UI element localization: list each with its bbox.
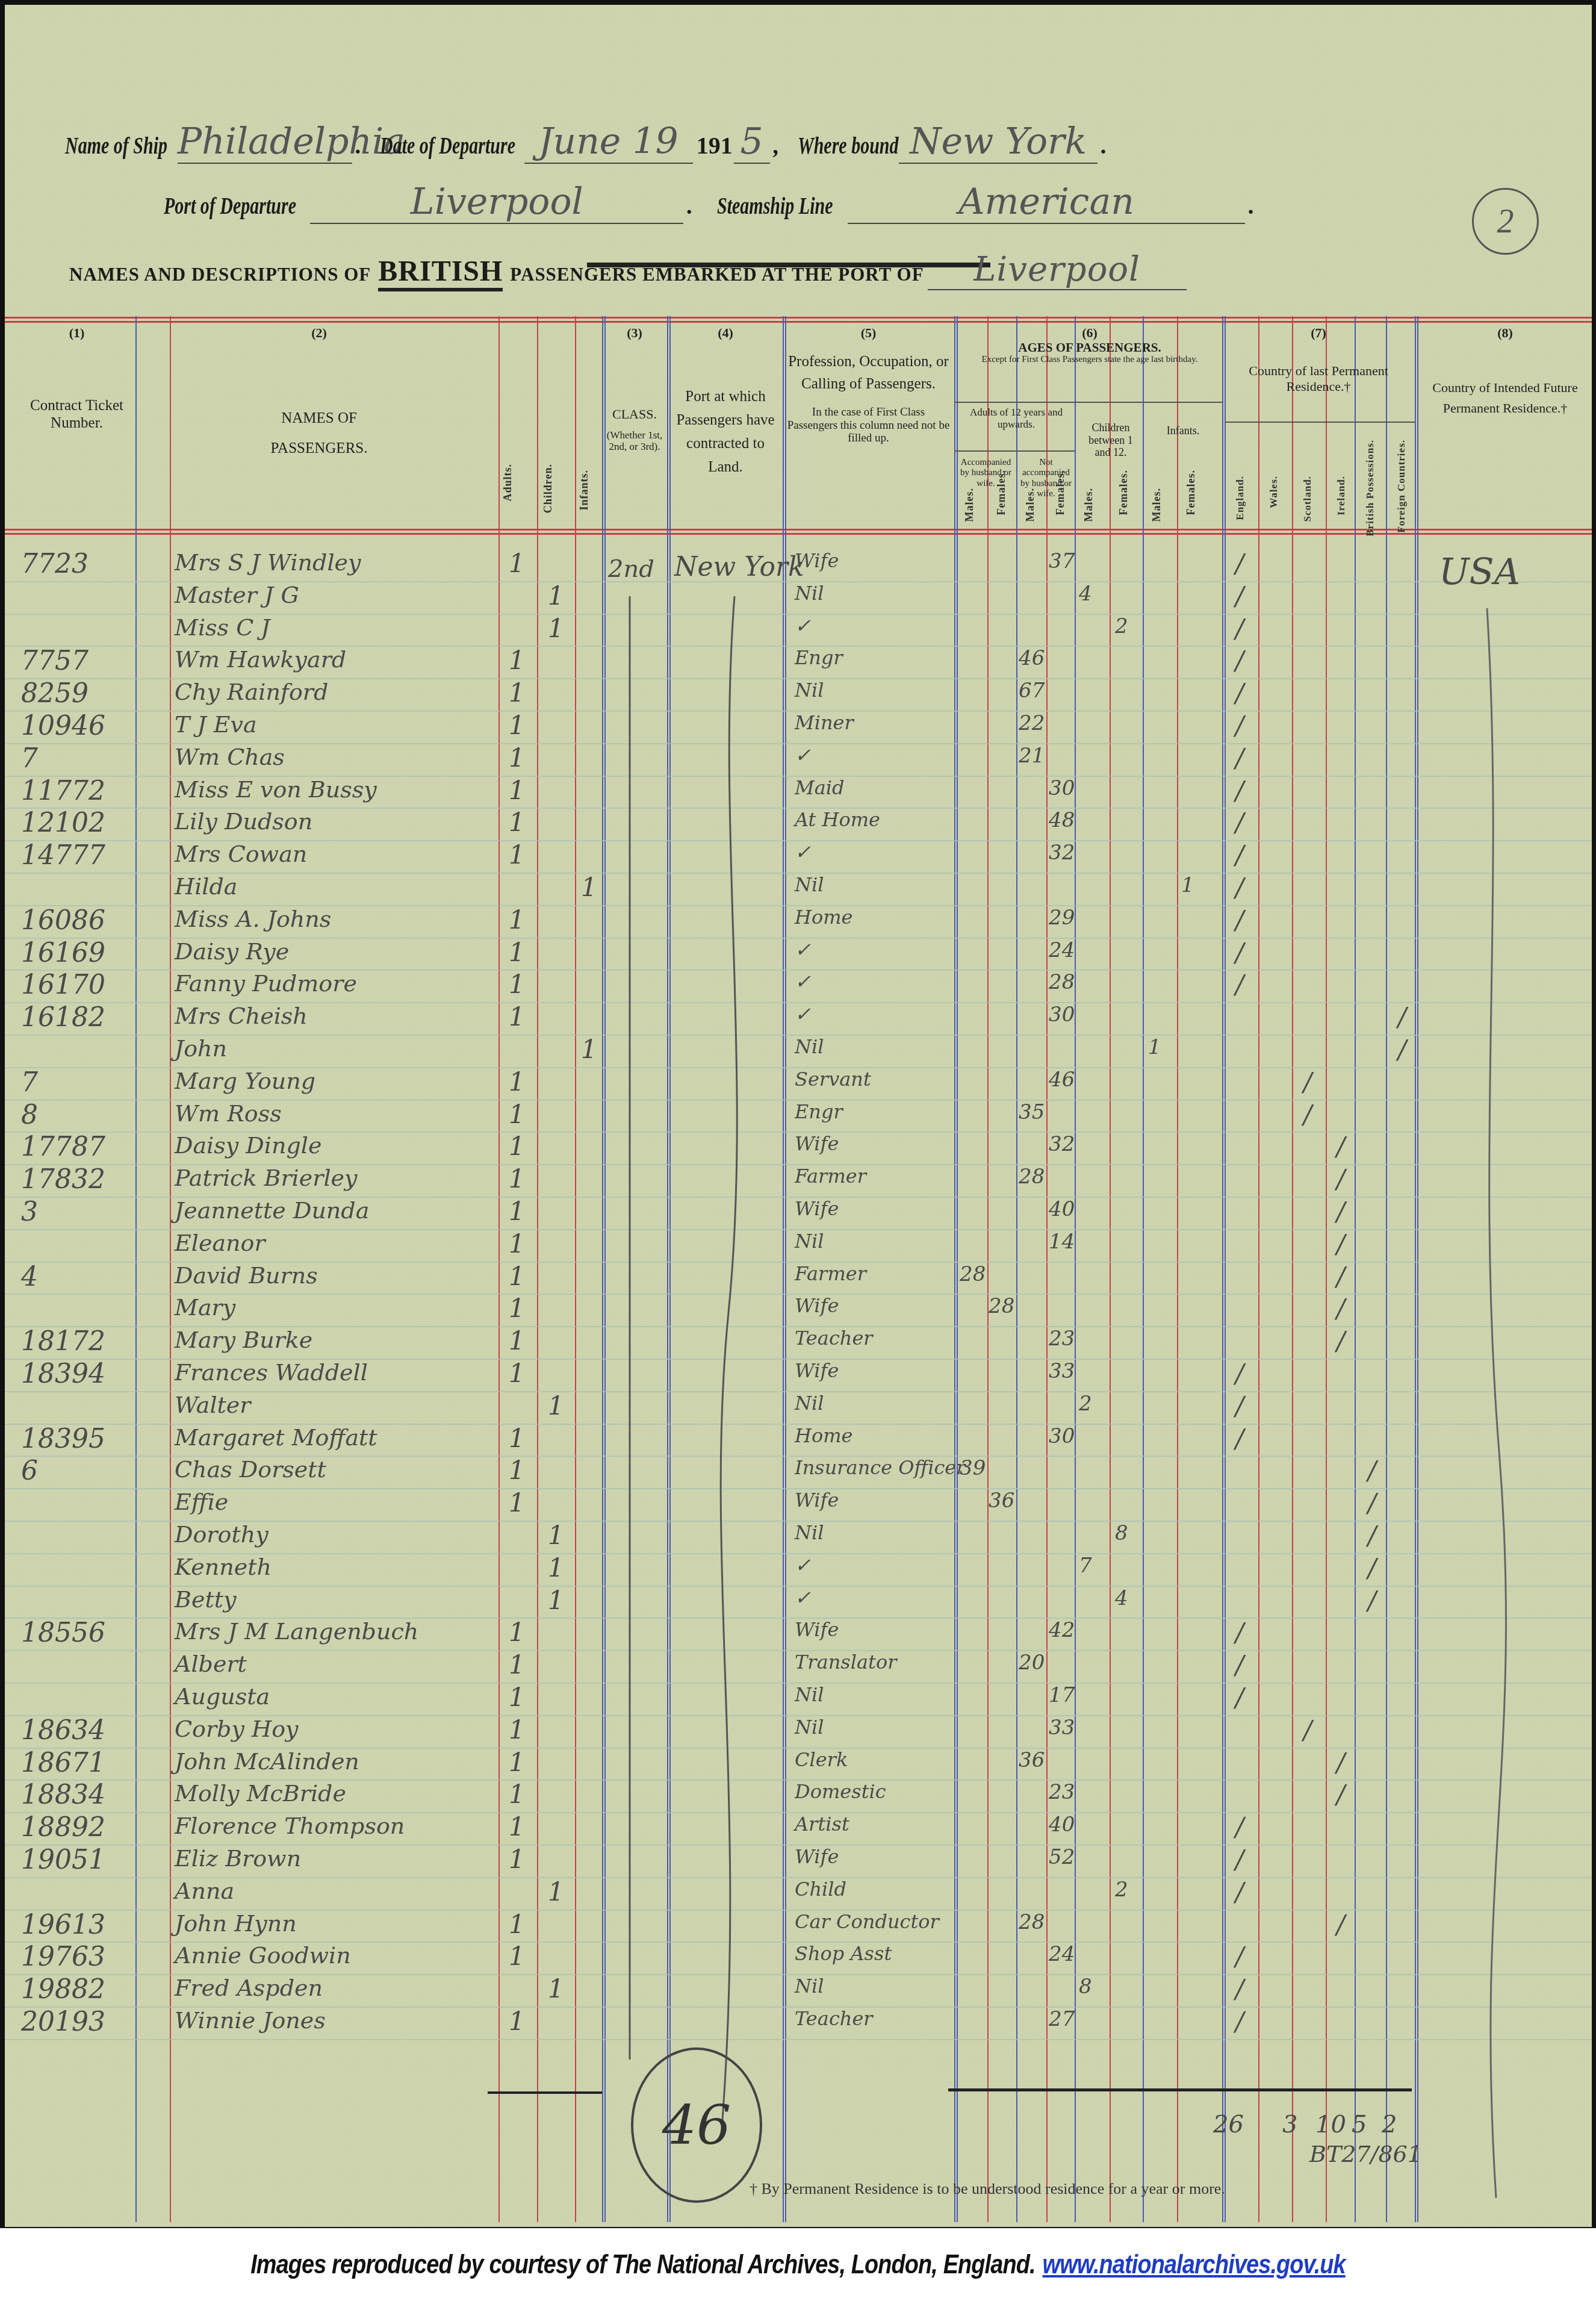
residence-mark: /: [1235, 746, 1244, 771]
bound-value: New York: [899, 120, 1098, 164]
intended-residence-value: USA: [1439, 554, 1520, 590]
adult-mark: 1: [509, 746, 525, 771]
residence-mark: /: [1368, 1458, 1376, 1483]
residence-mark: /: [1368, 1588, 1376, 1613]
year-prefix: 191: [697, 131, 733, 160]
grid-line: [957, 316, 958, 2222]
grid-line: [170, 316, 171, 2222]
ticket-number: 19051: [21, 1847, 105, 1873]
residence-mark: /: [1235, 1847, 1244, 1872]
passenger-name: Mary Burke: [175, 1328, 312, 1351]
occupation: Nil: [795, 1393, 824, 1413]
passenger-name: Corby Hoy: [175, 1717, 298, 1740]
occupation: Servant: [795, 1070, 871, 1089]
grid-line: [604, 316, 606, 2222]
occupation: Home: [795, 908, 852, 927]
females-subheader: Females.: [995, 470, 1008, 515]
adult-mark: 1: [509, 1814, 525, 1840]
ticket-number: 8259: [21, 680, 88, 707]
adult-mark: 1: [509, 940, 525, 965]
age-value: 28: [1019, 1912, 1045, 1932]
residence-mark: /: [1235, 1879, 1244, 1905]
ticket-number: 20193: [21, 2009, 105, 2035]
child-mark: 1: [548, 1976, 564, 2002]
passenger-name: Frances Waddell: [175, 1361, 368, 1384]
age-value: 46: [1019, 648, 1045, 668]
grid-line: [1143, 316, 1144, 2222]
credit-bar: Images reproduced by courtesy of The Nat…: [112, 2228, 1485, 2301]
passenger-name: Miss C J: [175, 616, 270, 639]
age-value: 46: [1049, 1070, 1075, 1090]
ticket-number: 18892: [21, 1814, 105, 1841]
residence-british-subheader: British Possessions.: [1364, 440, 1376, 537]
passenger-name: Master J G: [175, 584, 299, 606]
ticket-number: 17787: [21, 1134, 105, 1160]
occupation: ✓: [795, 616, 811, 635]
passenger-name: Jeannette Dunda: [175, 1199, 369, 1222]
grid-line: [1075, 316, 1076, 2222]
passenger-name: Chy Rainford: [175, 680, 328, 703]
adult-mark: 1: [509, 1102, 525, 1127]
age-value: 8: [1079, 1976, 1092, 1997]
total-british: 5: [1352, 2111, 1367, 2138]
residence-mark: /: [1337, 1199, 1345, 1224]
occupation: Teacher: [795, 2009, 873, 2028]
title-british: BRITISH: [378, 255, 503, 291]
passenger-name: Annie Goodwin: [175, 1944, 351, 1967]
grid-line: [575, 316, 576, 2222]
residence-mark: /: [1235, 778, 1244, 803]
occupation: ✓: [795, 972, 811, 991]
age-value: 33: [1049, 1717, 1075, 1738]
ticket-number: 3: [21, 1199, 38, 1225]
residence-mark: /: [1303, 1717, 1312, 1743]
age-value: 4: [1079, 584, 1092, 604]
age-value: 28: [1019, 1166, 1045, 1187]
passenger-name: Daisy Dingle: [175, 1134, 321, 1157]
col1-header: (1) Contract Ticket Number.: [24, 325, 129, 432]
occupation: Farmer: [795, 1264, 866, 1283]
ticket-number: 11772: [21, 778, 105, 805]
residence-mark: /: [1235, 940, 1244, 965]
occupation: ✓: [795, 1588, 811, 1607]
residence-mark: /: [1337, 1264, 1345, 1289]
adult-mark: 1: [509, 1750, 525, 1775]
age-value: 2: [1115, 616, 1128, 637]
age-value: 32: [1049, 1134, 1075, 1154]
child-mark: 1: [548, 1588, 564, 1613]
age-value: 24: [1049, 940, 1075, 961]
title-prefix: NAMES AND DESCRIPTIONS OF: [69, 264, 371, 285]
ticket-number: 6: [21, 1458, 38, 1484]
total-england: 26: [1213, 2111, 1244, 2138]
adult-mark: 1: [509, 810, 525, 835]
occupation: Nil: [795, 584, 824, 603]
residence-mark: /: [1235, 680, 1244, 706]
residence-mark: /: [1368, 1490, 1376, 1516]
passenger-name: Anna: [175, 1879, 234, 1902]
passenger-name: Winnie Jones: [175, 2009, 326, 2032]
ticket-number: 8: [21, 1102, 38, 1129]
occupation: Domestic: [795, 1782, 886, 1801]
residence-mark: /: [1337, 1134, 1345, 1159]
ticket-number: 16169: [21, 940, 105, 967]
grid-line: [498, 316, 500, 2222]
port-to-land-value: New York: [674, 554, 804, 581]
age-value: 1: [1181, 875, 1194, 895]
residence-mark: /: [1235, 810, 1244, 835]
occupation: Nil: [795, 1231, 824, 1251]
grid-line: [1258, 316, 1259, 2222]
residence-mark: /: [1235, 713, 1244, 738]
residence-mark: /: [1337, 1296, 1345, 1321]
occupation: Wife: [795, 1490, 839, 1510]
occupation: Nil: [795, 1685, 824, 1704]
residence-mark: /: [1368, 1523, 1376, 1548]
col2-header: (2) NAMES OF PASSENGERS.: [199, 325, 439, 464]
grid-line: [537, 316, 538, 2222]
adult-mark: 1: [509, 2009, 525, 2034]
infants-subheader: Infants.: [578, 470, 591, 511]
passenger-name: Hilda: [175, 875, 237, 898]
age-value: 37: [1049, 551, 1075, 571]
sheet-number: 2: [1472, 188, 1539, 255]
passenger-name: Walter: [175, 1393, 251, 1416]
passenger-name: Patrick Brierley: [175, 1166, 358, 1189]
ticket-number: 4: [21, 1264, 38, 1291]
residence-mark: /: [1235, 1393, 1244, 1419]
adult-mark: 1: [509, 972, 525, 997]
adult-mark: 1: [509, 1620, 525, 1645]
age-value: 28: [960, 1264, 986, 1284]
infant-mark: 1: [581, 875, 597, 900]
ticket-number: 7: [21, 1070, 38, 1096]
total-foreign: 2: [1382, 2111, 1397, 2138]
age-value: 67: [1019, 680, 1045, 701]
adult-mark: 1: [509, 1166, 525, 1192]
ticket-number: 18671: [21, 1750, 105, 1776]
age-value: 36: [1019, 1750, 1045, 1770]
residence-mark: /: [1235, 875, 1244, 900]
col4-header: (4) Port at which Passengers have contra…: [671, 325, 780, 479]
passenger-name: John McAlinden: [175, 1750, 359, 1773]
passenger-name: Eliz Brown: [175, 1847, 301, 1870]
residence-mark: /: [1235, 1426, 1244, 1451]
col7-header: (7) Country of last Permanent Residence.…: [1225, 325, 1412, 394]
adult-mark: 1: [509, 1004, 525, 1030]
residence-mark: /: [1398, 1037, 1406, 1062]
adult-mark: 1: [509, 1264, 525, 1289]
line-label: Steamship Line: [717, 191, 833, 220]
ticket-number: 18394: [21, 1361, 105, 1387]
passenger-name: Miss A. Johns: [175, 908, 331, 930]
ticket-number: 19763: [21, 1944, 105, 1970]
occupation: Artist: [795, 1814, 849, 1834]
passenger-name: Molly McBride: [175, 1782, 346, 1805]
age-value: 21: [1019, 746, 1045, 766]
grid-line: [1326, 316, 1327, 2222]
passenger-name: Wm Hawkyard: [175, 648, 346, 671]
passenger-name: Betty: [175, 1588, 236, 1611]
occupation: Maid: [795, 778, 845, 797]
ticket-number: 16086: [21, 908, 105, 934]
age-value: 33: [1049, 1361, 1075, 1381]
adult-mark: 1: [509, 1361, 525, 1386]
occupation: ✓: [795, 1004, 811, 1024]
grid-line: [1016, 316, 1017, 2222]
passenger-name: Florence Thompson: [175, 1814, 405, 1837]
grid-line: [1110, 316, 1111, 2222]
residence-mark: /: [1235, 908, 1244, 933]
adult-mark: 1: [509, 1296, 525, 1321]
passenger-name: Mrs Cheish: [175, 1004, 308, 1027]
occupation: Miner: [795, 713, 854, 732]
residence-mark: /: [1235, 1361, 1244, 1386]
males-subheader: Males.: [1024, 488, 1037, 522]
adult-mark: 1: [509, 1652, 525, 1678]
age-value: 32: [1049, 842, 1075, 863]
grid-line: [1355, 316, 1356, 2222]
residence-mark: /: [1235, 584, 1244, 609]
occupation: Nil: [795, 875, 824, 894]
passenger-name: Effie: [175, 1490, 228, 1513]
age-value: 29: [1049, 908, 1075, 928]
ticket-number: 7757: [21, 648, 88, 674]
ship-line: Name of Ship Philadelphia. Date of Depar…: [65, 120, 1107, 164]
passenger-name: John Hynn: [175, 1912, 297, 1935]
ages-children-header: Children between 1 and 12.: [1081, 422, 1141, 459]
ages-adults-header: Adults of 12 years and upwards.: [956, 406, 1076, 430]
residence-scotland-subheader: Scotland.: [1302, 476, 1314, 522]
age-value: 36: [989, 1490, 1014, 1511]
females-subheader: Females.: [1117, 470, 1130, 515]
passenger-name: Wm Chas: [175, 746, 285, 768]
ticket-number: 18834: [21, 1782, 105, 1808]
adult-mark: 1: [509, 1490, 525, 1516]
age-value: 39: [960, 1458, 986, 1478]
adults-subheader: Adults.: [501, 464, 514, 502]
occupation: ✓: [795, 1555, 811, 1575]
passenger-name: Miss E von Bussy: [175, 778, 377, 801]
archives-link[interactable]: www.nationalarchives.gov.uk: [1043, 2250, 1346, 2280]
ticket-number: 18395: [21, 1426, 105, 1453]
title-suffix: PASSENGERS EMBARKED AT THE PORT OF: [510, 264, 924, 285]
occupation: Insurance Officer: [795, 1458, 966, 1477]
ticket-number: 19613: [21, 1912, 105, 1938]
ticket-number: 18556: [21, 1620, 105, 1646]
residence-wales-subheader: Wales.: [1268, 476, 1280, 508]
bound-label: Where bound: [798, 131, 899, 160]
age-value: 8: [1115, 1523, 1128, 1543]
grid-line: [1386, 316, 1387, 2222]
age-value: 48: [1049, 810, 1075, 830]
occupation: Wife: [795, 1847, 839, 1866]
total-scotland: 3: [1282, 2111, 1297, 2138]
residence-mark: /: [1303, 1102, 1312, 1127]
passenger-name: Augusta: [175, 1685, 270, 1708]
adult-mark: 1: [509, 1782, 525, 1807]
manifest-title: NAMES AND DESCRIPTIONS OF BRITISH PASSEN…: [69, 250, 1190, 291]
row-rule: [5, 2039, 1592, 2040]
grid-line: [783, 316, 784, 2222]
adult-mark: 1: [509, 648, 525, 673]
occupation: Wife: [795, 1296, 839, 1315]
col5-header: (5) Profession, Occupation, or Calling o…: [786, 325, 951, 445]
passenger-name: Mrs S J Windley: [175, 551, 361, 574]
adult-mark: 1: [509, 778, 525, 803]
residence-mark: /: [1235, 551, 1244, 576]
total-ireland: 10: [1315, 2111, 1346, 2138]
passenger-name: Mrs J M Langenbuch: [175, 1620, 418, 1643]
passenger-name: Mary: [175, 1296, 235, 1319]
adult-mark: 1: [509, 1458, 525, 1483]
residence-mark: /: [1235, 616, 1244, 641]
residence-mark: /: [1235, 1620, 1244, 1645]
age-value: 27: [1049, 2009, 1075, 2029]
age-value: 28: [1049, 972, 1075, 992]
residence-mark: /: [1235, 648, 1244, 673]
passenger-name: Marg Young: [175, 1070, 315, 1092]
occupation: Nil: [795, 680, 824, 700]
adult-mark: 1: [509, 1134, 525, 1159]
occupation: Shop Asst: [795, 1944, 892, 1963]
males-subheader: Males.: [1082, 488, 1095, 522]
occupation: Wife: [795, 1134, 839, 1153]
circled-total: 46: [631, 2047, 762, 2203]
passenger-name: Lily Dudson: [175, 810, 312, 833]
adult-mark: 1: [509, 1231, 525, 1257]
child-mark: 1: [548, 1879, 564, 1905]
ticket-number: 18634: [21, 1717, 105, 1744]
ticket-number: 16170: [21, 972, 105, 998]
age-value: 7: [1079, 1555, 1092, 1576]
occupation: Engr: [795, 1102, 843, 1121]
child-mark: 1: [548, 1393, 564, 1419]
occupation: ✓: [795, 746, 811, 765]
ticket-number: 7: [21, 746, 38, 772]
ship-label: Name of Ship: [65, 131, 167, 160]
grid-line: [1225, 316, 1226, 2222]
adult-mark: 1: [509, 1847, 525, 1872]
passenger-name: Fred Aspden: [175, 1976, 323, 1999]
grid-line: [1415, 316, 1416, 2222]
child-mark: 1: [548, 1555, 564, 1581]
children-subheader: Children.: [542, 464, 554, 513]
adult-mark: 1: [509, 680, 525, 706]
occupation: Child: [795, 1879, 846, 1899]
year-suffix: 5: [734, 120, 770, 164]
males-subheader: Males.: [963, 488, 976, 522]
footnote: † By Permanent Residence is to be unders…: [750, 2180, 1225, 2198]
passenger-name: T J Eva: [175, 713, 257, 736]
title-port-value: Liverpool: [928, 250, 1187, 290]
adult-mark: 1: [509, 1070, 525, 1095]
age-value: 17: [1049, 1685, 1075, 1705]
adult-mark: 1: [509, 1328, 525, 1354]
adult-mark: 1: [509, 1199, 525, 1224]
passenger-name: Eleanor: [175, 1231, 265, 1254]
residence-mark: /: [1337, 1328, 1345, 1354]
residence-mark: /: [1235, 1685, 1244, 1710]
passenger-name: Fanny Pudmore: [175, 972, 357, 995]
adult-mark: 1: [509, 1717, 525, 1743]
adult-mark: 1: [509, 713, 525, 738]
ship-value: Philadelphia: [178, 120, 352, 164]
adult-mark: 1: [509, 1944, 525, 1969]
occupation: Car Conductor: [795, 1912, 939, 1931]
col6-header: (6) AGES OF PASSENGERS. Except for First…: [957, 325, 1222, 366]
ditto-brace: [1463, 608, 1523, 2198]
age-value: 40: [1049, 1199, 1075, 1219]
occupation: Nil: [795, 1976, 824, 1996]
col8-header: (8) Country of Intended Future Permanent…: [1418, 325, 1592, 419]
passenger-name: John: [175, 1037, 227, 1060]
residence-mark: /: [1235, 972, 1244, 997]
grid-line: [135, 316, 137, 2222]
adult-mark: 1: [509, 551, 525, 576]
passenger-name: Daisy Rye: [175, 940, 289, 963]
age-value: 24: [1049, 1944, 1075, 1964]
grid-line: [1292, 316, 1293, 2222]
passenger-name: Albert: [175, 1652, 247, 1675]
ticket-number: 17832: [21, 1166, 105, 1193]
occupation: Wife: [795, 1199, 839, 1218]
residence-mark: /: [1368, 1555, 1376, 1581]
females-subheader: Females.: [1054, 470, 1067, 515]
child-mark: 1: [548, 616, 564, 641]
age-value: 2: [1115, 1879, 1128, 1900]
residence-mark: /: [1235, 842, 1244, 868]
grid-line: [1046, 316, 1048, 2222]
age-value: 2: [1079, 1393, 1092, 1414]
age-value: 23: [1049, 1782, 1075, 1802]
adult-mark: 1: [509, 842, 525, 868]
residence-mark: /: [1337, 1750, 1345, 1775]
ages-infants-header: Infants.: [1147, 425, 1219, 437]
grid-line: [1417, 316, 1418, 2222]
grid-line: [602, 316, 603, 2222]
residence-mark: /: [1337, 1912, 1345, 1937]
occupation: ✓: [795, 842, 811, 862]
port-line: Port of Departure Liverpool. Steamship L…: [164, 181, 1255, 224]
archive-reference: BT27/861: [1309, 2141, 1422, 2167]
ditto-lines: [614, 590, 771, 2132]
adult-mark: 1: [509, 1685, 525, 1710]
females-subheader: Females.: [1185, 470, 1197, 515]
occupation: Clerk: [795, 1750, 848, 1769]
occupation: Engr: [795, 648, 843, 667]
residence-mark: /: [1235, 1944, 1244, 1969]
residence-mark: /: [1303, 1070, 1312, 1095]
age-value: 52: [1049, 1847, 1075, 1867]
residence-mark: /: [1337, 1166, 1345, 1192]
age-value: 23: [1049, 1328, 1075, 1349]
age-value: 20: [1019, 1652, 1045, 1673]
infant-mark: 1: [581, 1037, 597, 1062]
date-label: Date of Departure: [380, 131, 515, 160]
adult-mark: 1: [509, 1912, 525, 1937]
age-value: 40: [1049, 1814, 1075, 1835]
residence-mark: /: [1235, 1976, 1244, 2002]
age-value: 22: [1019, 713, 1045, 733]
occupation: Nil: [795, 1523, 824, 1542]
residence-mark: /: [1235, 2009, 1244, 2034]
occupation: At Home: [795, 810, 880, 829]
residence-mark: /: [1235, 1652, 1244, 1678]
occupation: Farmer: [795, 1166, 866, 1186]
adult-mark: 1: [509, 1426, 525, 1451]
occupation: Nil: [795, 1717, 824, 1737]
